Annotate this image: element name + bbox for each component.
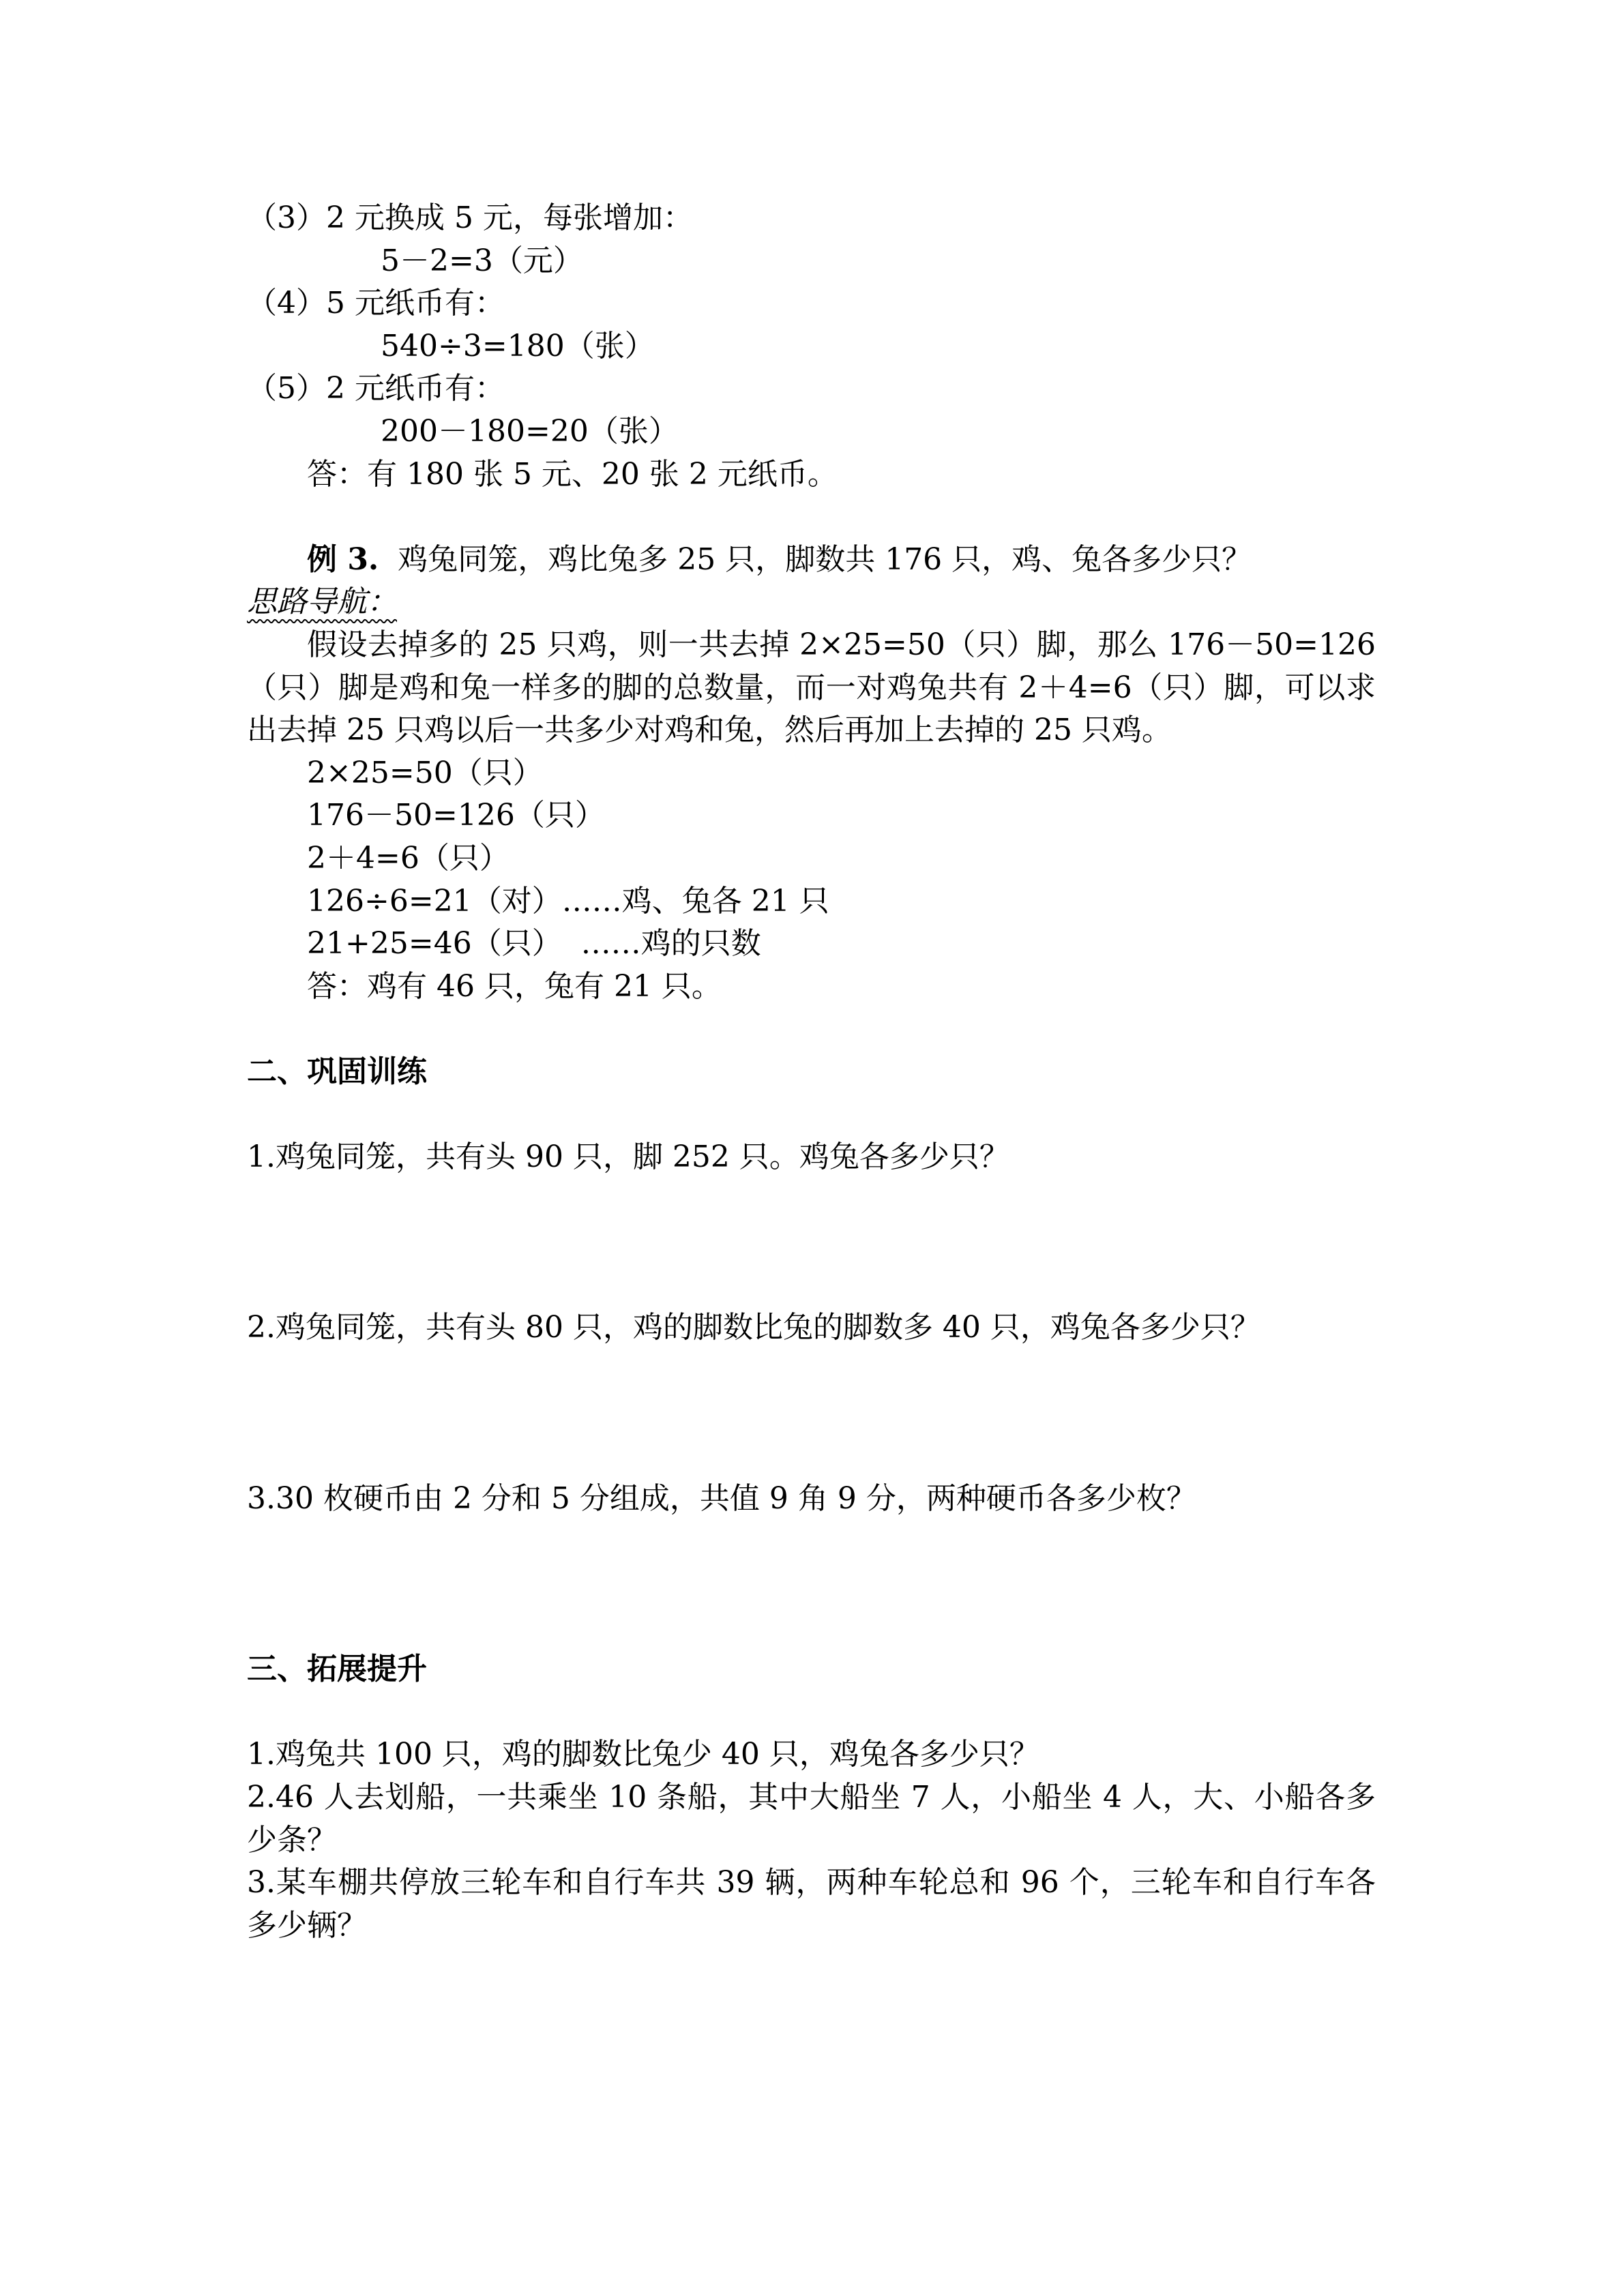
step-4-label: （4）5 元纸币有： [247, 282, 1376, 325]
section-2-problem-2: 2.鸡兔同笼，共有头 80 只，鸡的脚数比兔的脚数多 40 只，鸡兔各多少只？ [247, 1307, 1376, 1350]
example-3-text: 鸡兔同笼，鸡比兔多 25 只，脚数共 176 只，鸡、兔各多少只？ [398, 542, 1252, 577]
example-3-step-1: 2×25=50（只） [247, 752, 1376, 795]
answer-example-2: 答：有 180 张 5 元、20 张 2 元纸币。 [247, 453, 1376, 496]
example-3-label: 例 3. [307, 542, 379, 577]
answer-space [247, 1520, 1376, 1648]
answer-space [247, 1179, 1376, 1307]
example-3-step-2: 176－50=126（只） [247, 794, 1376, 837]
document-page: （3）2 元换成 5 元，每张增加： 5－2=3（元） （4）5 元纸币有： 5… [247, 197, 1376, 1947]
example-3-question: 例 3. 鸡兔同笼，鸡比兔多 25 只，脚数共 176 只，鸡、兔各多少只？ [247, 539, 1376, 582]
section-2-heading: 二、巩固训练 [247, 1051, 1376, 1094]
step-3-label: （3）2 元换成 5 元，每张增加： [247, 197, 1376, 240]
guide-title: 思路导航： [247, 584, 397, 619]
section-3-heading: 三、拓展提升 [247, 1648, 1376, 1691]
step-5-label: （5）2 元纸币有： [247, 368, 1376, 411]
example-3-step-5: 21+25=46（只） ‥‥‥鸡的只数 [247, 923, 1376, 966]
section-3-problem-1: 1.鸡兔共 100 只，鸡的脚数比兔少 40 只，鸡兔各多少只？ [247, 1733, 1376, 1776]
example-3-answer: 答：鸡有 46 只，兔有 21 只。 [247, 966, 1376, 1009]
section-2-problem-3: 3.30 枚硬币由 2 分和 5 分组成，共值 9 角 9 分，两种硬币各多少枚… [247, 1478, 1376, 1521]
guide-title-line: 思路导航： [247, 581, 1376, 624]
section-2-problem-1: 1.鸡兔同笼，共有头 90 只，脚 252 只。鸡兔各多少只？ [247, 1136, 1376, 1179]
step-5-calc: 200－180=20（张） [247, 411, 1376, 453]
section-3-problem-3: 3.某车棚共停放三轮车和自行车共 39 辆，两种车轮总和 96 个，三轮车和自行… [247, 1862, 1376, 1947]
spacer [247, 1093, 1376, 1136]
spacer [247, 1008, 1376, 1051]
example-3-step-3: 2＋4=6（只） [247, 837, 1376, 880]
spacer [247, 496, 1376, 539]
spacer [247, 1691, 1376, 1734]
step-4-calc: 540÷3=180（张） [247, 325, 1376, 368]
step-3-calc: 5－2=3（元） [247, 240, 1376, 283]
section-3-problem-2: 2.46 人去划船，一共乘坐 10 条船，其中大船坐 7 人，小船坐 4 人，大… [247, 1776, 1376, 1862]
guide-paragraph: 假设去掉多的 25 只鸡，则一共去掉 2×25=50（只）脚，那么 176－50… [247, 624, 1376, 752]
answer-space [247, 1350, 1376, 1478]
example-3-step-4: 126÷6=21（对）‥‥‥鸡、兔各 21 只 [247, 880, 1376, 923]
